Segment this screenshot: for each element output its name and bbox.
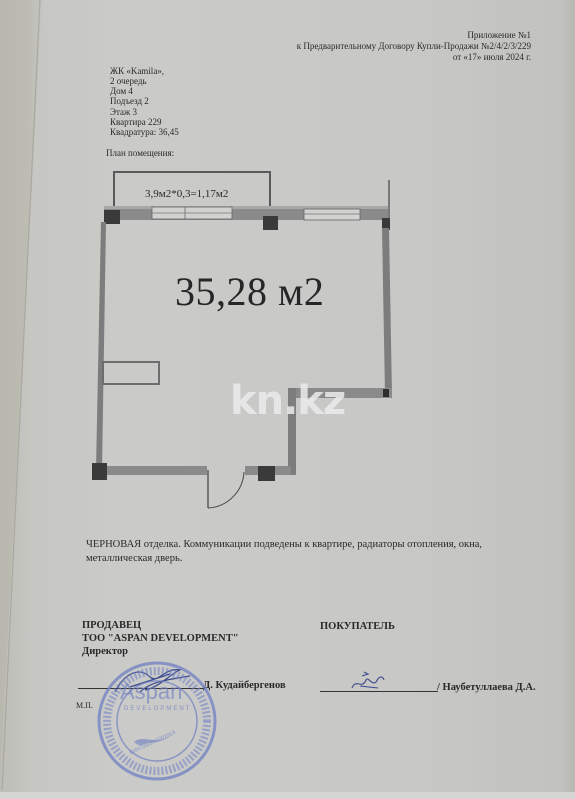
seller-company: ТОО "ASPAN DEVELOPMENT" bbox=[82, 634, 239, 644]
buyer-role: ПОКУПАТЕЛЬ bbox=[320, 622, 395, 632]
buyer-name: / Наубетуллаева Д.А. bbox=[437, 683, 536, 693]
watermark-logo: kn.kz bbox=[230, 378, 345, 424]
main-area-label: 35,28 м2 bbox=[175, 270, 324, 314]
buyer-signature bbox=[348, 668, 388, 696]
stamp-brand: Aspan bbox=[120, 680, 182, 704]
seller-role: ПРОДАВЕЦ bbox=[82, 621, 141, 631]
balcony-area-label: 3,9м2*0,3=1,17м2 bbox=[145, 188, 228, 200]
seller-title: Директор bbox=[82, 647, 128, 657]
stamp-subtitle: DEVELOPMENT bbox=[124, 704, 191, 714]
stamp-placeholder-mark: М.П. bbox=[76, 701, 93, 711]
finish-note: ЧЕРНОВАЯ отделка. Коммуникации подведены… bbox=[86, 538, 526, 566]
